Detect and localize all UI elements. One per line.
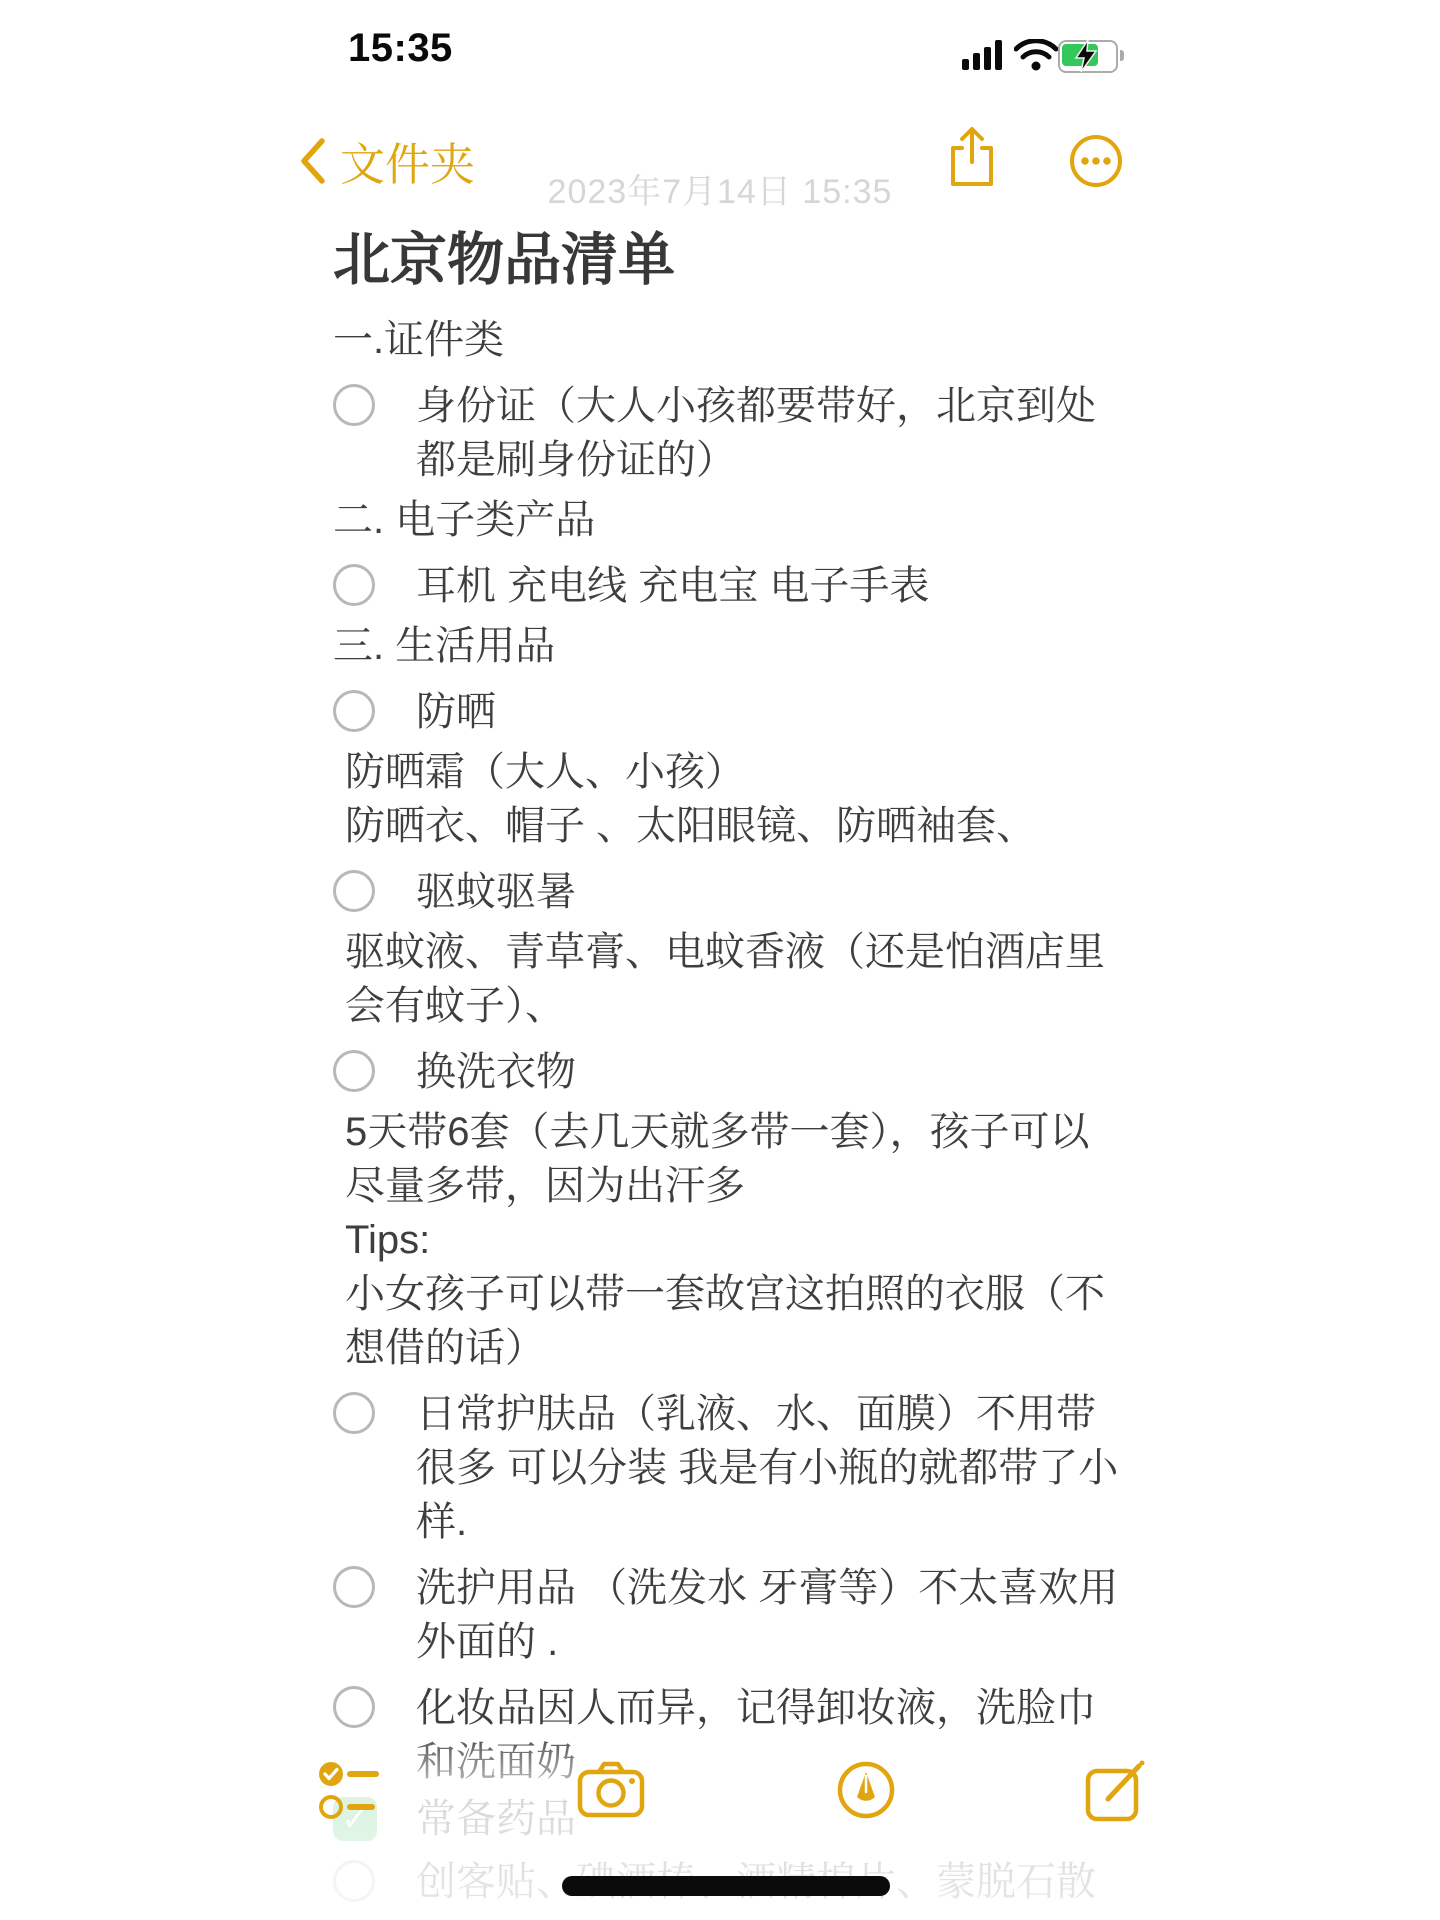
checkbox-unchecked-icon[interactable]: [333, 690, 375, 732]
checklist-item[interactable]: 身份证（大人小孩都要带好，北京到处 都是刷身份证的）: [333, 379, 1173, 487]
checklist-item[interactable]: 换洗衣物: [333, 1045, 1173, 1099]
checkbox-unchecked-icon[interactable]: [333, 1392, 375, 1434]
checkbox-unchecked-icon[interactable]: [333, 1050, 375, 1092]
checklist-item-text: 换洗衣物: [416, 1045, 1173, 1099]
markup-button[interactable]: [836, 1760, 896, 1825]
checklist-item-text: 耳机 充电线 充电宝 电子手表: [416, 559, 1173, 613]
note-paragraph[interactable]: Tips:: [333, 1213, 1173, 1267]
note-date: 2023年7月14日 15:35: [0, 164, 1440, 213]
note-paragraph[interactable]: 驱蚊液、青草膏、电蚊香液（还是怕酒店里 会有蚊子）、: [333, 925, 1173, 1033]
checklist-item[interactable]: 防晒: [333, 685, 1173, 739]
section-heading[interactable]: 二. 电子类产品: [333, 493, 1173, 547]
note-paragraph[interactable]: 5天带6套（去几天就多带一套），孩子可以 尽量多带，因为出汗多: [333, 1105, 1173, 1213]
note-paragraph[interactable]: 防晒霜（大人、小孩）: [333, 745, 1173, 799]
checklist-item-text: 日常护肤品（乳液、水、面膜）不用带 很多 可以分装 我是有小瓶的就都带了小 样.: [416, 1387, 1173, 1549]
checklist-item[interactable]: 日常护肤品（乳液、水、面膜）不用带 很多 可以分装 我是有小瓶的就都带了小 样.: [333, 1387, 1173, 1549]
note-body[interactable]: 北京物品清单 一.证件类身份证（大人小孩都要带好，北京到处 都是刷身份证的）二.…: [333, 225, 1173, 1915]
battery-charging-icon: [1058, 40, 1124, 71]
camera-button[interactable]: [577, 1760, 645, 1823]
checkbox-unchecked-icon[interactable]: [333, 870, 375, 912]
checklist-button[interactable]: [318, 1760, 384, 1827]
checklist-item[interactable]: 洗护用品 （洗发水 牙膏等）不太喜欢用 外面的 .: [333, 1561, 1173, 1669]
checkbox-unchecked-icon[interactable]: [333, 1566, 375, 1608]
checklist-item-text: 身份证（大人小孩都要带好，北京到处 都是刷身份证的）: [416, 379, 1173, 487]
section-heading[interactable]: 三. 生活用品: [333, 619, 1173, 673]
note-paragraph[interactable]: 防晒衣、帽子 、太阳眼镜、防晒袖套、: [333, 799, 1173, 853]
cellular-signal-icon: [962, 40, 1006, 70]
wifi-icon: [1014, 39, 1058, 76]
checklist-item[interactable]: 耳机 充电线 充电宝 电子手表: [333, 559, 1173, 613]
compose-icon: [1085, 1760, 1147, 1822]
checklist-item[interactable]: 驱蚊驱暑: [333, 865, 1173, 919]
checklist-item-text: 防晒: [416, 685, 1173, 739]
checklist-icon: [318, 1760, 384, 1822]
checkbox-unchecked-icon[interactable]: [333, 564, 375, 606]
camera-icon: [577, 1760, 645, 1818]
note-paragraph[interactable]: 小女孩子可以带一套故宫这拍照的衣服（不 想借的话）: [333, 1267, 1173, 1375]
home-indicator[interactable]: [562, 1876, 890, 1896]
markup-icon: [836, 1760, 896, 1820]
note-title: 北京物品清单: [333, 225, 1173, 295]
checklist-item-text: 驱蚊驱暑: [416, 865, 1173, 919]
notes-app-screen: 15:35 文件夹 2023年7月1: [0, 0, 1440, 1920]
checkbox-unchecked-icon[interactable]: [333, 384, 375, 426]
status-time: 15:35: [348, 26, 453, 71]
checklist-item-text: 洗护用品 （洗发水 牙膏等）不太喜欢用 外面的 .: [416, 1561, 1173, 1669]
section-heading[interactable]: 一.证件类: [333, 313, 1173, 367]
compose-button[interactable]: [1085, 1760, 1147, 1827]
checkbox-unchecked-icon[interactable]: [333, 1686, 375, 1728]
bottom-toolbar: [0, 1760, 1440, 1830]
